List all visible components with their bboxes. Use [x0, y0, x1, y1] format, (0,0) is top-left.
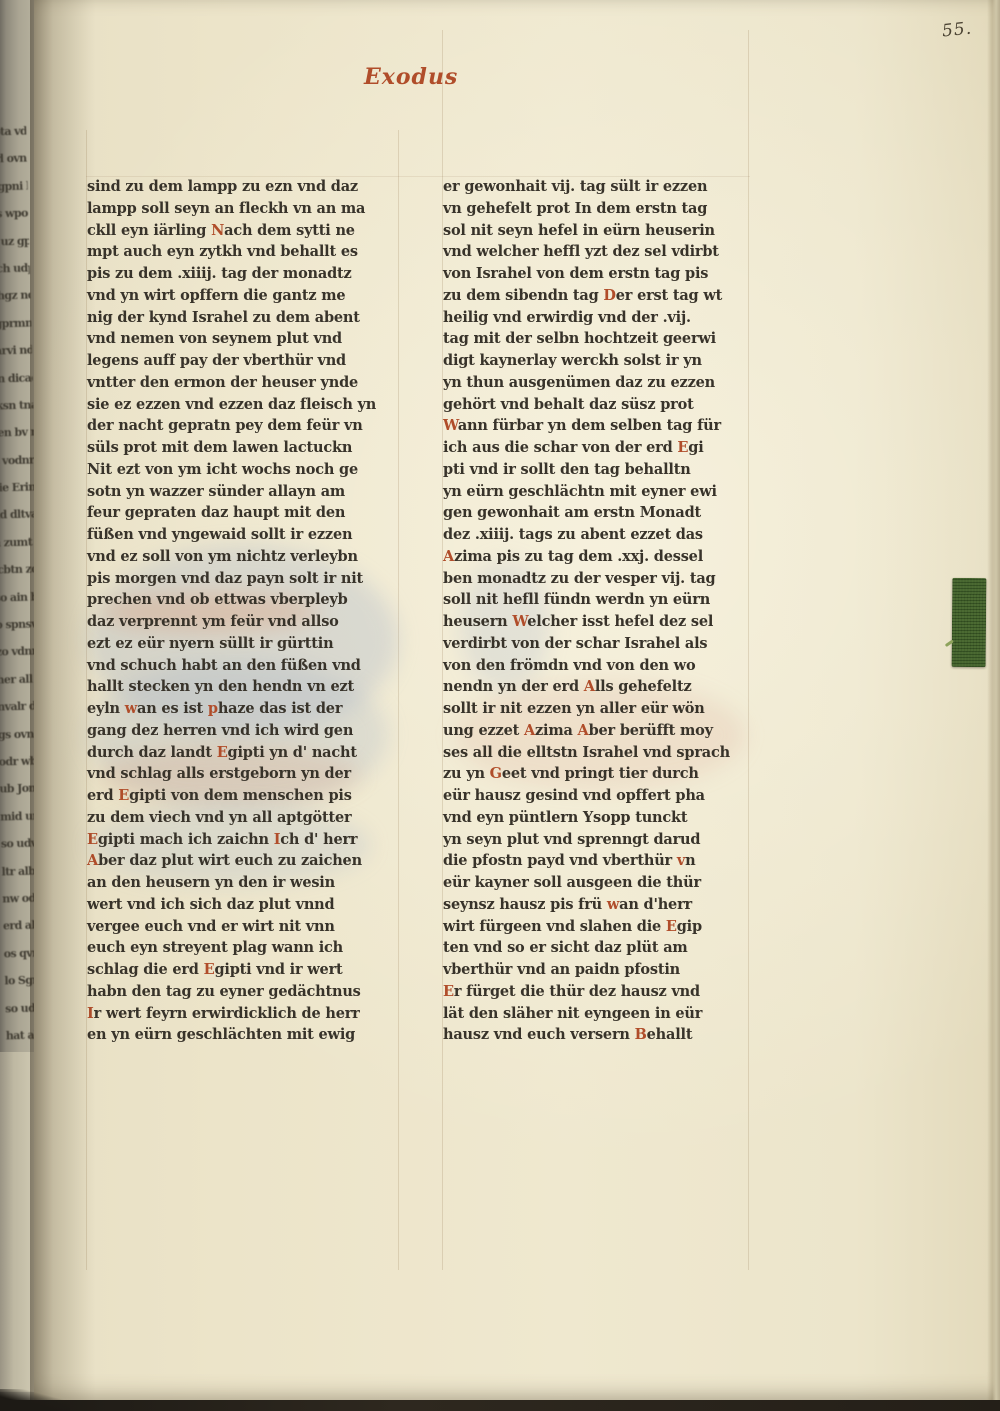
text-line: os qvnd — [3, 939, 34, 968]
text-line: vergee euch vnd er wirt nit vnn — [87, 916, 399, 938]
text-line: gen gewonhait am erstn Monadt — [443, 502, 748, 524]
running-title: Exodus — [364, 64, 458, 90]
text-line: dich udpl — [0, 254, 30, 283]
folio-number: 55. — [941, 18, 973, 41]
text-line: ftn dicadl — [0, 364, 33, 393]
previous-page-text-fragments: gipta vdrarl ovnnagpni blros wpo fos uz … — [0, 118, 34, 1050]
photo-bottom-edge — [0, 1400, 1000, 1411]
text-line: von Israhel von dem erstn tag pis — [443, 263, 748, 285]
text-line: Egipti mach ich zaichn Ich d' herr — [87, 829, 399, 851]
rubricated-initial: W — [512, 613, 527, 630]
text-line: schlag die erd Egipti vnd ir wert — [87, 959, 399, 981]
text-line: nd dltvad — [0, 501, 34, 530]
rubricated-initial: E — [666, 918, 677, 935]
text-line: digt kaynerlay werckh solst ir yn — [443, 350, 748, 372]
text-line: hat albn — [5, 1021, 34, 1050]
rubricated-initial: w — [125, 700, 137, 717]
text-line: heusern Welcher isst hefel dez sel — [443, 611, 748, 633]
text-line: vntter den ermon der heuser ynde — [87, 372, 399, 394]
text-line: legens auff pay der vberthür vnd — [87, 350, 399, 372]
text-line: os uz gpi — [0, 227, 29, 256]
text-line: nig der kynd Israhel zu dem abent — [87, 307, 399, 329]
text-line: yn eürn geschlächtn mit eyner ewi — [443, 481, 748, 503]
text-line: yn seyn plut vnd sprenngt darud — [443, 829, 748, 851]
text-line: euch eyn streyent plag wann ich — [87, 937, 399, 959]
rubricated-initial: E — [677, 439, 688, 456]
text-line: ngprmnd — [0, 309, 32, 338]
rubricated-initial: G — [490, 765, 502, 782]
text-line: gs ovn tb — [0, 720, 34, 749]
text-line: n zumt aln — [0, 528, 34, 557]
text-line: vnd ez soll von ym nichtz verleybn — [87, 546, 399, 568]
previous-page-edge: gipta vdrarl ovnnagpni blros wpo fos uz … — [0, 0, 34, 1411]
text-line: rarl ovn — [0, 145, 27, 174]
text-line: feur gepraten daz haupt mit den — [87, 502, 399, 524]
text-line: ezt ez eür nyern süllt ir gürttin — [87, 633, 399, 655]
text-line: nendn yn der erd Alls gehefeltz — [443, 676, 748, 698]
text-line: vnd welcher heffl yzt dez sel vdirbt — [443, 241, 748, 263]
text-line: soll nit hefll fündn werdn yn eürn — [443, 589, 748, 611]
text-line: die Erinch — [0, 474, 34, 503]
text-line: wert vnd ich sich daz plut vnnd — [87, 894, 399, 916]
rubricated-initial: A — [524, 722, 535, 739]
text-line: nagpni bl — [0, 172, 28, 201]
text-line: vnd eyn püntlern Ysopp tunckt — [443, 807, 748, 829]
stacked-page-edges — [987, 0, 1000, 1400]
text-line: zo vdnrgl — [0, 638, 34, 667]
rubricated-initial: A — [584, 678, 595, 695]
text-line: an den heusern yn den ir wesin — [87, 872, 399, 894]
text-line: lampp soll seyn an fleckh vn an ma — [87, 198, 399, 220]
text-line: lo Sgnsvn — [4, 966, 34, 995]
text-line: eksn tnart — [0, 391, 34, 420]
text-line: seynsz hausz pis frü wan d'herr — [443, 894, 748, 916]
text-line: eyln wan es ist phaze das ist der — [87, 698, 399, 720]
text-line: vnd yn wirt opffern die gantz me — [87, 285, 399, 307]
text-line: eür kayner soll ausgeen die thür — [443, 872, 748, 894]
text-line: sie ez ezzen vnd ezzen daz fleisch yn — [87, 394, 399, 416]
text-line: hen bv no — [0, 419, 34, 448]
text-line: gang dez herren vnd ich wird gen — [87, 720, 399, 742]
text-line: erd albf — [3, 912, 34, 941]
text-line: durch daz landt Egipti yn d' nacht — [87, 742, 399, 764]
text-line: er gewonhait vij. tag sült ir ezzen — [443, 176, 748, 198]
text-line: odr wbn — [0, 747, 34, 776]
text-line: ltr albh — [1, 857, 34, 886]
text-line: her all on — [0, 665, 34, 694]
text-line: eür hausz gesind vnd opffert pha — [443, 785, 748, 807]
text-line: darvi ndl — [0, 337, 32, 366]
text-line: sotn yn wazzer sünder allayn am — [87, 481, 399, 503]
text-line: so ain bw — [0, 583, 34, 612]
text-line: en yn eürn geschlächten mit ewig — [87, 1024, 399, 1046]
text-line: sollt ir nit ezzen yn aller eür wön — [443, 698, 748, 720]
text-line: heilig vnd erwirdig vnd der .vij. — [443, 307, 748, 329]
text-line: prechen vnd ob ettwas vberpleyb — [87, 589, 399, 611]
text-line: efhgz nd — [0, 282, 31, 311]
text-column-left: sind zu dem lampp zu ezn vnd dazlampp so… — [87, 176, 399, 1046]
rubricated-initial: D — [603, 287, 615, 304]
text-line: mid urbt — [0, 802, 34, 831]
text-column-right: er gewonhait vij. tag sült ir ezzenvn ge… — [443, 176, 748, 1046]
rubricated-initial: W — [443, 417, 458, 434]
text-line: sol nit seyn hefel in eürn heuserin — [443, 220, 748, 242]
text-line: so udvb — [0, 829, 34, 858]
text-line: vnd nemen von seynem plut vnd — [87, 328, 399, 350]
rubricated-initial: N — [211, 222, 224, 239]
rubricated-initial: E — [87, 831, 98, 848]
text-line: erd Egipti von dem menschen pis — [87, 785, 399, 807]
text-line: it vodnrd — [0, 446, 34, 475]
text-line: pis zu dem .xiiij. tag der monadtz — [87, 263, 399, 285]
rubricated-initial: E — [118, 787, 129, 804]
photo-bottom-corner — [0, 1389, 70, 1411]
text-line: ten vnd so er sicht daz plüt am — [443, 937, 748, 959]
text-line: der nacht gepratn pey dem feür vn — [87, 415, 399, 437]
text-line: Ir wert feyrn erwirdicklich de herr — [87, 1003, 399, 1025]
text-line: ben monadtz zu der vesper vij. tag — [443, 568, 748, 590]
text-line: wirt fürgeen vnd slahen die Egip — [443, 916, 748, 938]
bookmark-tab[interactable] — [952, 578, 987, 667]
text-line: sind zu dem lampp zu ezn vnd daz — [87, 176, 399, 198]
text-line: von den frömdn vnd von den wo — [443, 655, 748, 677]
text-line: ros wpo f — [0, 200, 29, 229]
text-line: Wann fürbar yn dem selben tag für — [443, 415, 748, 437]
rubricated-initial: B — [635, 1026, 647, 1043]
rubricated-initial: I — [87, 1005, 94, 1022]
text-line: vnd schuch habt an den füßen vnd — [87, 655, 399, 677]
text-line: pis morgen vnd daz payn solt ir nit — [87, 568, 399, 590]
text-line: ich aus die schar von der erd Egi — [443, 437, 748, 459]
text-line: verdirbt von der schar Israhel als — [443, 633, 748, 655]
rubricated-initial: A — [443, 548, 454, 565]
text-line: zu yn Geet vnd pringt tier durch — [443, 763, 748, 785]
rubricated-initial: E — [204, 961, 215, 978]
text-line: tag mit der selbn hochtzeit geerwi — [443, 328, 748, 350]
text-line: habn den tag zu eyner gedächtnus — [87, 981, 399, 1003]
ruling-line-right-inner — [748, 30, 749, 1270]
text-line: mpt auch eyn zytkh vnd behallt es — [87, 241, 399, 263]
text-line: Azima pis zu tag dem .xxj. dessel — [443, 546, 748, 568]
text-line: icbtn zo v — [0, 556, 34, 585]
text-line: süls prot mit dem lawen lactuckn — [87, 437, 399, 459]
text-line: pti vnd ir sollt den tag behalltn — [443, 459, 748, 481]
text-line: daz verprennt ym feür vnd allso — [87, 611, 399, 633]
rubricated-initial: E — [443, 983, 454, 1000]
text-line: b spnsvr — [0, 610, 34, 639]
text-line: gipta vd — [0, 118, 27, 147]
previous-page-blank-edge — [0, 1052, 34, 1392]
text-line: nvalr dl — [0, 693, 34, 722]
text-line: Aber daz plut wirt euch zu zaichen — [87, 850, 399, 872]
text-line: nw odvn — [2, 884, 34, 913]
text-line: ung ezzet Azima Aber berüfft moy — [443, 720, 748, 742]
text-line: gehört vnd behalt daz süsz prot — [443, 394, 748, 416]
text-line: ub Jomtr — [0, 775, 34, 804]
text-line: ckll eyn iärling Nach dem sytti ne — [87, 220, 399, 242]
text-line: lät den släher nit eyngeen in eür — [443, 1003, 748, 1025]
text-line: vberthür vnd an paidn pfostin — [443, 959, 748, 981]
text-line: zu dem viech vnd yn all aptgötter — [87, 807, 399, 829]
rubricated-initial: E — [217, 744, 228, 761]
rubricated-initial: A — [87, 852, 98, 869]
text-line: vnd schlag alls erstgeborn yn der — [87, 763, 399, 785]
text-line: ses all die elltstn Israhel vnd sprach — [443, 742, 748, 764]
rubricated-initial: A — [578, 722, 589, 739]
text-line: hausz vnd euch versern Behallt — [443, 1024, 748, 1046]
text-line: füßen vnd yngewaid sollt ir ezzen — [87, 524, 399, 546]
rubricated-initial: w — [607, 896, 619, 913]
text-line: Er fürget die thür dez hausz vnd — [443, 981, 748, 1003]
text-line: die pfostn payd vnd vberthür vn — [443, 850, 748, 872]
rubricated-initial: v — [677, 852, 685, 869]
text-line: dez .xiiij. tags zu abent ezzet das — [443, 524, 748, 546]
text-line: Nit ezt von ym icht wochs noch ge — [87, 459, 399, 481]
text-line: vn gehefelt prot In dem erstn tag — [443, 198, 748, 220]
rubricated-initial: p — [208, 700, 218, 717]
text-line: yn thun ausgenümen daz zu ezzen — [443, 372, 748, 394]
text-line: zu dem sibendn tag Der erst tag wt — [443, 285, 748, 307]
text-line: hallt stecken yn den hendn vn ezt — [87, 676, 399, 698]
text-line: so udvzk — [5, 994, 34, 1023]
